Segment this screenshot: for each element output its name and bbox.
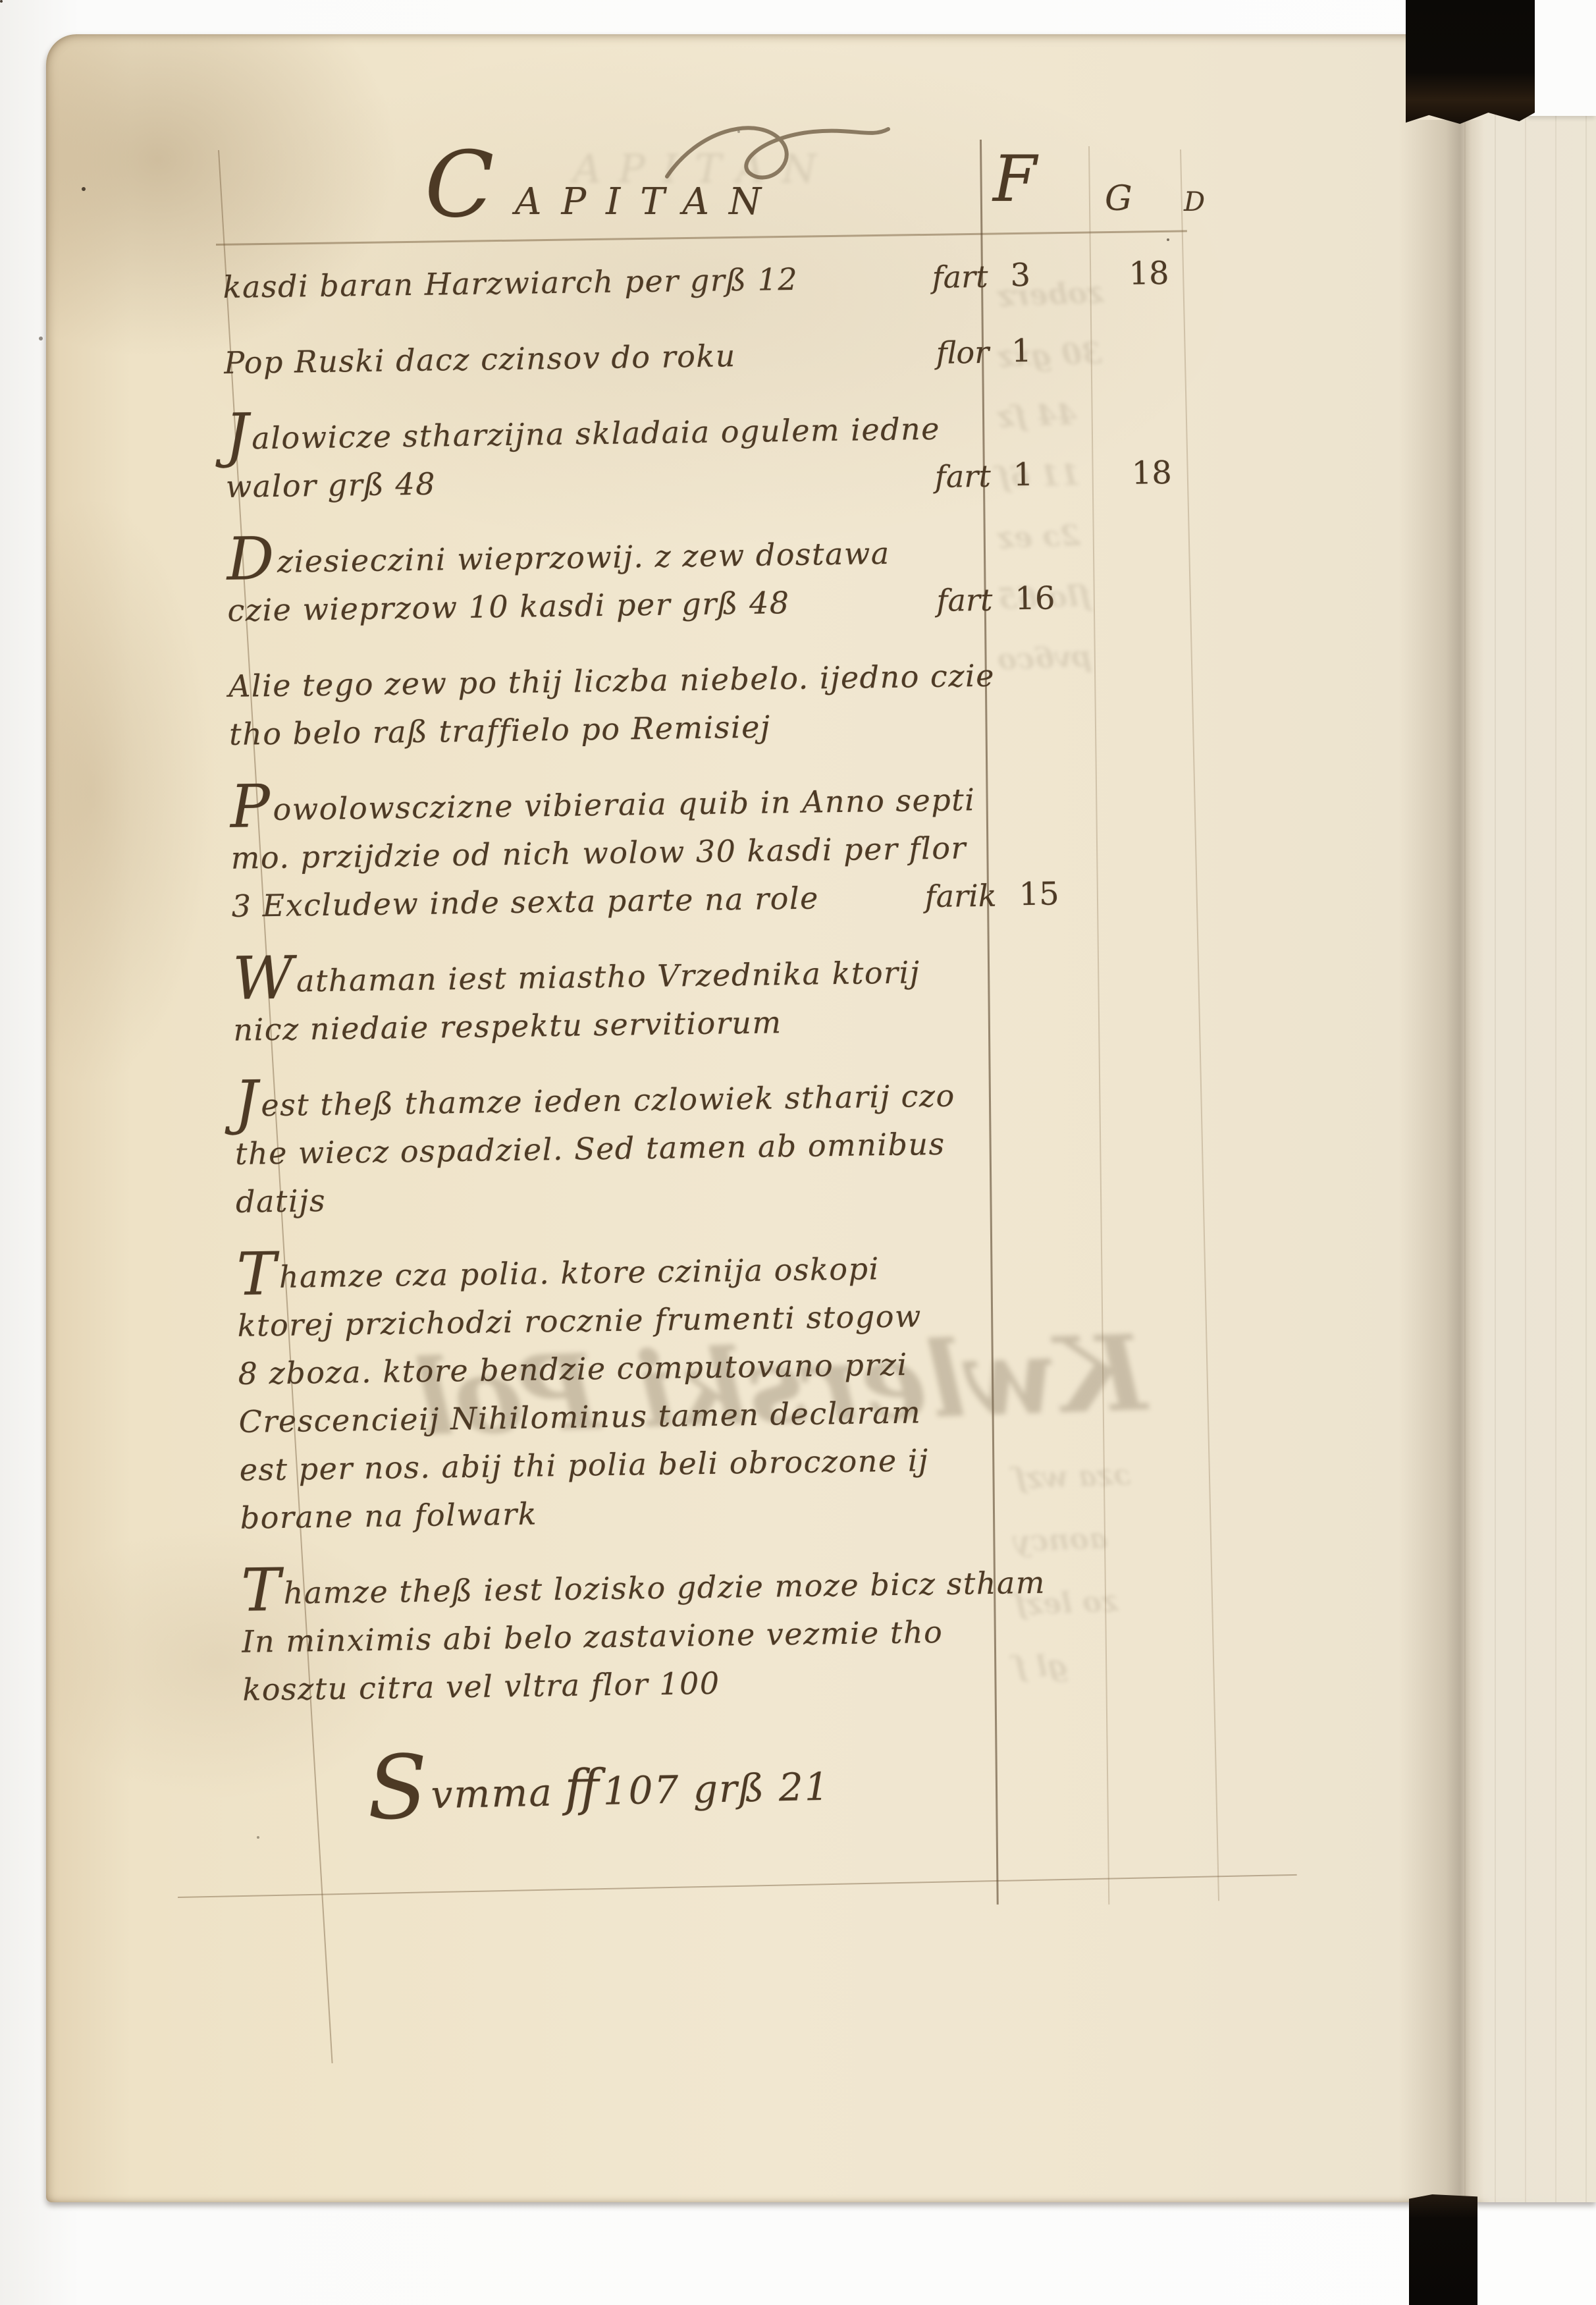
bleed-through-fragment: 2ɔ ez [997, 519, 1080, 555]
flourished-initial: T [241, 1556, 282, 1625]
flourished-initial: W [232, 944, 295, 1014]
book-fore-edge [1464, 113, 1596, 2202]
entry-text: kasdi baran Harzwiarch per grß 12 [223, 260, 890, 305]
page-title: APITAN [515, 180, 781, 223]
flourished-initial: D [226, 525, 276, 594]
bleed-through-fragment: ɔza wzſ [1013, 1458, 1131, 1496]
summa-grosz-unit: grß [693, 1766, 766, 1812]
amount-unit-label: fart [889, 259, 988, 296]
flourished-initial: J [225, 401, 250, 470]
column-header-denars: D [1184, 187, 1205, 217]
ledger-paragraph: Jest theß thamze ieden czlowiek stharij … [234, 1062, 1223, 1220]
column-header-groszy: G [1105, 179, 1132, 219]
summa-line: Svmmaff107 grß 21 [367, 1754, 830, 1822]
groszy-value [1126, 614, 1219, 616]
groszy-value [1130, 910, 1223, 911]
bookmark-ribbon-bottom [1409, 2194, 1477, 2305]
flourished-initial: T [236, 1240, 278, 1309]
bleed-through-fragment: 11 6ſ [997, 458, 1081, 495]
groszy-value [1122, 367, 1215, 368]
ledger-paragraph: Thamze theß iest lozisko gdzie moze bicz… [241, 1550, 1231, 1708]
entry-text: datijs [236, 1175, 903, 1220]
amount-unit-label: fart [891, 458, 991, 495]
manuscript-page: APITAN Kwlerski Pol C APITAN F G D kasdi… [46, 34, 1596, 2202]
dust-specks [0, 0, 3, 3]
bleed-through-fragment: aoncy [1013, 1522, 1108, 1559]
florins-value: 15 [996, 875, 1130, 913]
bleed-through-fragment: ſlo 65 [997, 580, 1091, 616]
ledger-entry: Powolowsczizne vibieraia quib in Anno se… [230, 766, 1219, 924]
book-gutter-crease [1398, 120, 1484, 2202]
amount-unit-label: flor [890, 335, 990, 371]
flourished-initial: J [234, 1068, 259, 1137]
ledger-paragraph: Wathaman iest miastho Vrzednika ktorijni… [232, 938, 1221, 1048]
flourished-initial: P [230, 773, 271, 842]
summa-label: vmma [431, 1770, 554, 1817]
bleed-through-fragment: 44 ſz [997, 398, 1077, 434]
scanner-background-corner [1529, 0, 1596, 116]
column-header-florins: F [993, 148, 1037, 211]
bleed-through-fragment: 30 gxz [997, 337, 1102, 374]
groszy-value: 18 [1121, 254, 1215, 292]
summa-groszy: 21 [778, 1764, 830, 1810]
entry-text: 3 Excludew inde sexta parte na role [231, 879, 898, 924]
entry-text: Pop Ruski dacz czinsov do roku [224, 336, 891, 381]
entry-text: borane na folwark [240, 1491, 907, 1536]
entry-text: walor grß 48 [225, 460, 892, 504]
amount-unit-label: farik [897, 878, 997, 915]
scanned-book-spread: APITAN Kwlerski Pol C APITAN F G D kasdi… [0, 0, 1596, 2305]
florin-symbol: ff [564, 1758, 597, 1817]
groszy-value: 18 [1123, 454, 1217, 492]
bleed-through-fragment: pv6co [997, 640, 1092, 677]
footer-rule-line [178, 1874, 1297, 1898]
bleed-through-fragment: zo lezſ [1013, 1585, 1119, 1621]
amount-unit-label: fart [893, 582, 993, 619]
summa-initial: S [366, 1736, 430, 1839]
bleed-through-fragment: zoberz [997, 276, 1104, 313]
entry-text: kosztu citra vel vltra flor 100 [242, 1663, 909, 1708]
entry-text: nicz niedaie respektu servitiorum [233, 1003, 900, 1048]
bleed-through-fragment: gl ſ [1013, 1649, 1068, 1685]
bookmark-ribbon-top [1406, 0, 1535, 125]
summa-florins: 107 [602, 1767, 680, 1813]
entry-text: tho belo raß traffielo po Remisiej [229, 707, 896, 752]
page-title-initial: C [425, 140, 494, 230]
header-rule-line [216, 230, 1187, 246]
entry-text: czie wieprzow 10 kasdi per grß 48 [227, 583, 894, 628]
